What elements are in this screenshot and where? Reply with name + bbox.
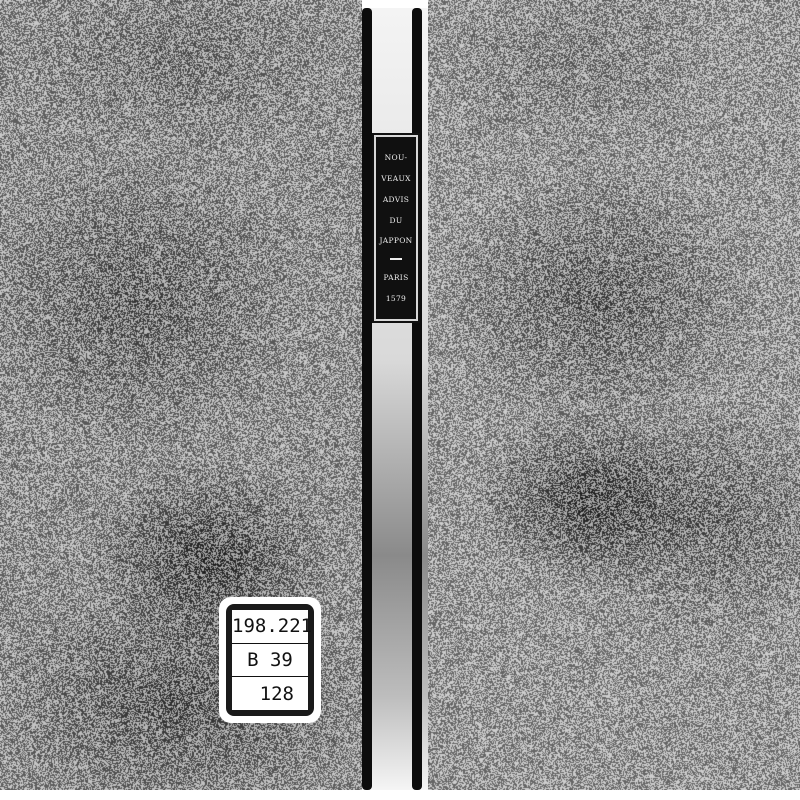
call-number-cutter: B 39: [232, 644, 308, 678]
spine-label-line: PARIS: [383, 274, 408, 282]
spine-label-line: NOU-: [385, 154, 408, 162]
spine-label-divider: [390, 258, 402, 260]
spine-title-label: NOU- VEAUX ADVIS DU JAPPON PARIS 1579: [374, 135, 418, 321]
book-scan: NOU- VEAUX ADVIS DU JAPPON PARIS 1579 19…: [0, 0, 800, 800]
call-number-label: 198.221 B 39 128: [219, 597, 321, 723]
board-texture: [428, 0, 800, 790]
spine-label-line: 1579: [386, 295, 406, 303]
spine-edge-right: [412, 8, 422, 790]
call-number-item: 128: [232, 677, 308, 710]
spine: [362, 8, 428, 790]
spine-label-line: VEAUX: [381, 175, 410, 183]
spine-label-line: JAPPON: [379, 237, 412, 245]
call-number-class: 198.221: [232, 610, 308, 644]
spine-edge-left: [362, 8, 372, 790]
back-board: [428, 0, 800, 790]
call-number-frame: 198.221 B 39 128: [226, 604, 314, 716]
spine-label-line: DU: [390, 217, 403, 225]
spine-label-line: ADVIS: [383, 196, 409, 204]
